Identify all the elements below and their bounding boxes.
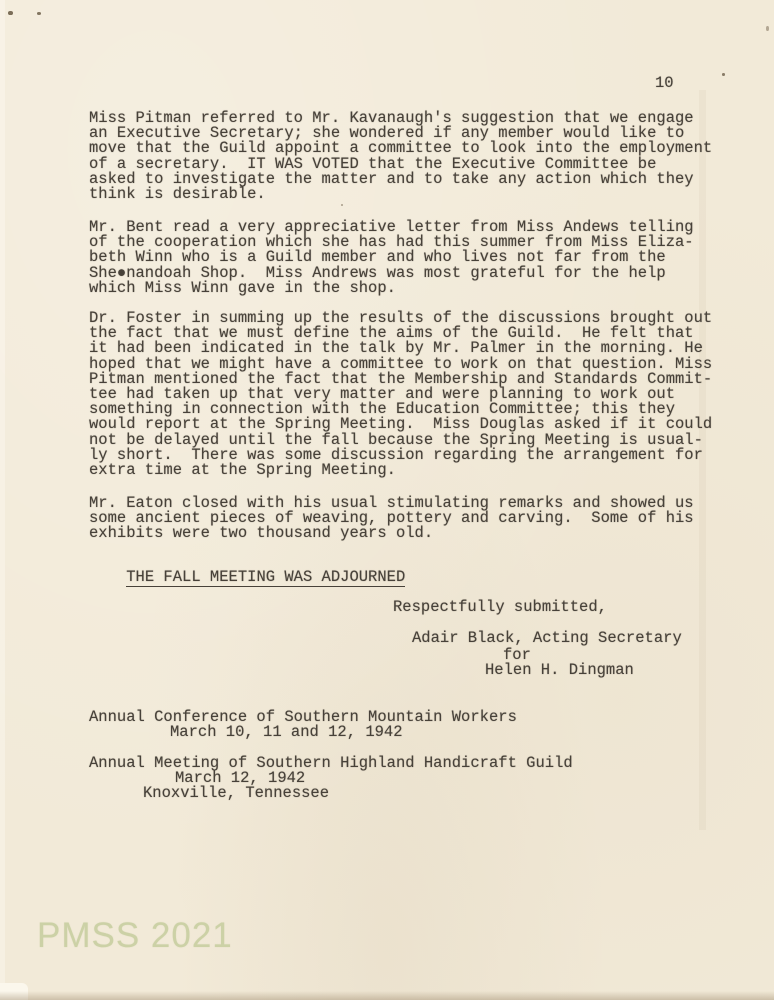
- scan-edge-bottom: [0, 991, 774, 1000]
- paragraph-bent-letter: Mr. Bent read a very appreciative letter…: [89, 220, 694, 296]
- scan-speck: [37, 12, 41, 15]
- scanned-document-page: 10 Miss Pitman referred to Mr. Kavanaugh…: [0, 0, 774, 1000]
- signature-respectfully-submitted: Respectfully submitted,: [393, 600, 607, 615]
- footer-location: Knoxville, Tennessee: [143, 786, 329, 801]
- paragraph-eaton-closing: Mr. Eaton closed with his usual stimulat…: [89, 496, 694, 542]
- signature-adair-black: Adair Black, Acting Secretary: [412, 631, 682, 646]
- scan-edge-left: [0, 0, 5, 1000]
- scan-speck: [766, 26, 769, 31]
- pmss-watermark: PMSS 2021: [37, 916, 233, 956]
- footer-conference-date: March 10, 11 and 12, 1942: [170, 725, 403, 740]
- adjournment-heading-text: THE FALL MEETING WAS ADJOURNED: [126, 570, 405, 587]
- scan-speck: [722, 73, 725, 76]
- scan-speck: [8, 11, 13, 15]
- scan-speck: [341, 204, 343, 206]
- paragraph-foster-summary: Dr. Foster in summing up the results of …: [89, 311, 712, 478]
- adjournment-heading: THE FALL MEETING WAS ADJOURNED: [89, 555, 405, 603]
- footer-meeting-title: Annual Meeting of Southern Highland Hand…: [89, 756, 573, 771]
- signature-helen-dingman: Helen H. Dingman: [485, 663, 634, 678]
- paragraph-executive-secretary: Miss Pitman referred to Mr. Kavanaugh's …: [89, 111, 712, 202]
- page-number: 10: [655, 76, 674, 91]
